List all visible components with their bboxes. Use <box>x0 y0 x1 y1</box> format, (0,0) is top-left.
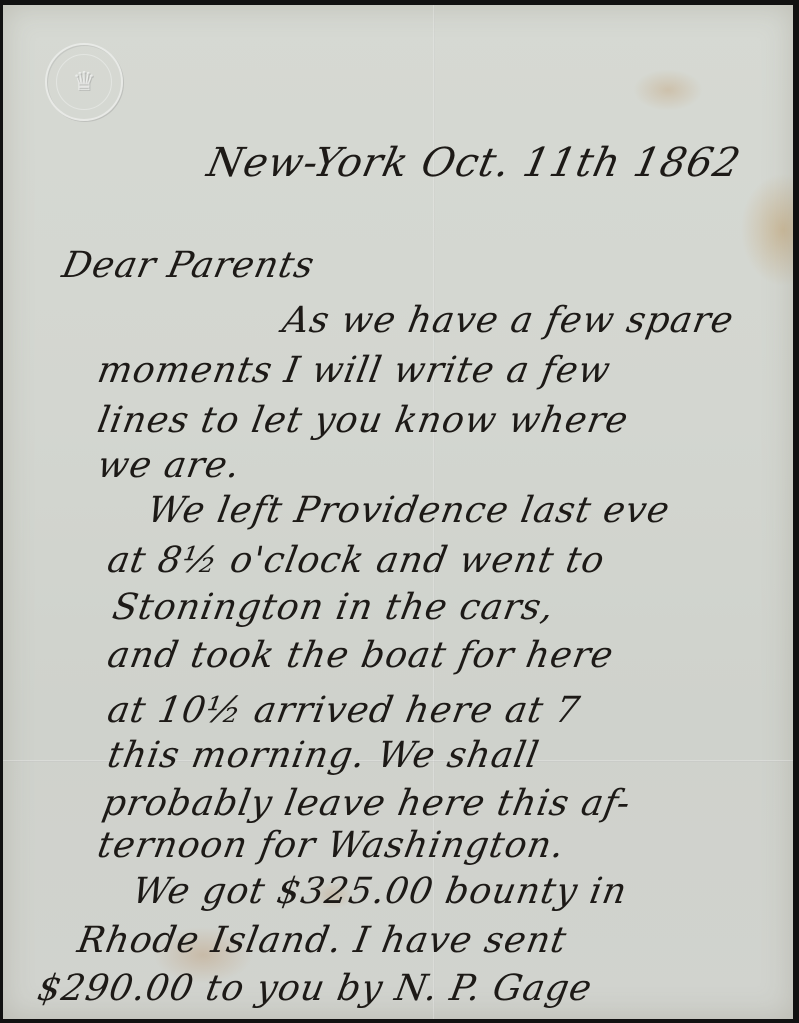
letter-line: lines to let you know where <box>94 400 631 441</box>
letter-line: $290.00 to you by N. P. Gage <box>34 968 595 1009</box>
letter-line: this morning. We shall <box>104 735 542 776</box>
embossed-seal: ♛ <box>45 43 123 121</box>
letter-line: we are. <box>94 445 243 486</box>
seal-inner-ring <box>56 54 112 110</box>
letter-line: As we have a few spare <box>279 300 737 341</box>
letter-line: probably leave here this af- <box>99 783 634 824</box>
letter-line: at 8½ o'clock and went to <box>104 540 608 581</box>
letter-line: moments I will write a few <box>94 350 614 391</box>
letter-page: ♛ New-York Oct. 11th 1862 Dear Parents A… <box>3 5 793 1019</box>
letter-line: and took the boat for here <box>104 635 617 676</box>
letter-line: at 10½ arrived here at 7 <box>104 690 583 731</box>
letter-line: ternoon for Washington. <box>94 825 568 866</box>
letter-line: Rhode Island. I have sent <box>74 920 570 961</box>
letter-salutation: Dear Parents <box>59 245 319 286</box>
letter-line: We left Providence last eve <box>144 490 673 531</box>
letter-dateline: New-York Oct. 11th 1862 <box>203 140 745 186</box>
letter-line: Stonington in the cars, <box>109 587 557 628</box>
letter-line: We got $325.00 bounty in <box>129 871 630 912</box>
